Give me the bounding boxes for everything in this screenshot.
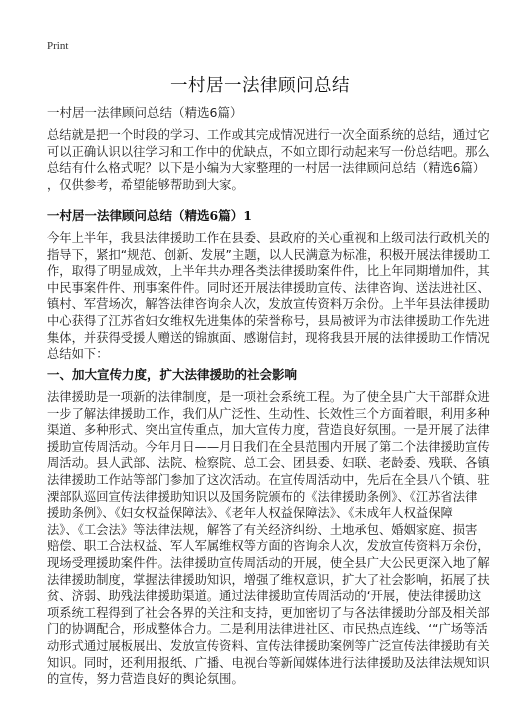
paragraph-line: 援助条例》、《妇女权益保障法》、《老年人权益保障法》、《未成年人权益保障 <box>47 505 475 522</box>
paragraph-line: 中心获得了江苏省妇女维权先进集体的荣誉称号，县局被评为市法律援助工作先进 <box>47 313 475 330</box>
paragraph-line: 贫、济弱、助残法律援助渠道。通过法律援助宣传周活动的‘开展，使法律援助这 <box>47 588 475 605</box>
paragraph-line: 今年上半年，我县法律援助工作在县委、县政府的关心重视和上级司法行政机关的 <box>47 230 475 247</box>
paragraph-line: 现场受理援助案件件。法律援助宣传周活动的开展，使全县广大公民更深入地了解 <box>47 555 475 572</box>
intro-line: 总结就是把一个时段的学习、工作或其完成情况进行一次全面系统的总结，通过它 <box>47 127 475 144</box>
paragraph-line: 法》、《工会法》等法律法规，解答了有关经济纠纷、土地承包、婚姻家庭、损害 <box>47 522 475 539</box>
document-subtitle: 一村居一法律顾问总结（精选6篇） <box>47 103 242 121</box>
paragraph-2: 法律援助是一项新的法律制度，是一项社会系统工程。为了使全县广大干部群众进 一步了… <box>47 389 475 688</box>
paragraph-line: 动形式通过展板展出、发放宣传资料、宣传法律援助案例等广泛宣传法律援助有关 <box>47 638 475 655</box>
paragraph-line: 总结如下： <box>47 346 475 363</box>
intro-line: ，仅供参考，希望能够帮助到大家。 <box>47 177 475 194</box>
paragraph-line: 镇村、军营场次，解答法律咨询余人次，发放宣传资料万余份。上半年县法律援助 <box>47 296 475 313</box>
intro-paragraph: 总结就是把一个时段的学习、工作或其完成情况进行一次全面系统的总结，通过它 可以正… <box>47 127 475 193</box>
paragraph-line: 指导下，紧扣“规范、创新、发展”主题，以人民满意为标准，积极开展法律援助工 <box>47 247 475 264</box>
paragraph-line: 的宣传，努力营造良好的舆论氛围。 <box>47 671 475 688</box>
section-heading: 一村居一法律顾问总结（精选6篇）1 <box>47 206 252 224</box>
print-label: Print <box>47 40 68 52</box>
paragraph-line: 渠道、多种形式、突出宣传重点，加大宣传力度，营造良好氛围。一是开展了法律 <box>47 422 475 439</box>
paragraph-line: 法律援助制度，掌握法律援助知识，增强了维权意识，扩大了社会影响，拓展了扶 <box>47 572 475 589</box>
sub-heading: 一、加大宣传力度，扩大法律援助的社会影响 <box>47 365 297 383</box>
paragraph-line: 作，取得了明显成效，上半年共办理各类法律援助案件件，比上年同期增加件，其 <box>47 263 475 280</box>
paragraph-line: 中民事案件件、刑事案件件。同时还开展法律援助宣传、法律咨询、送法进社区、 <box>47 280 475 297</box>
paragraph-line: 项系统工程得到了社会各界的关注和支持，更加密切了与各法律援助分部及相关部 <box>47 605 475 622</box>
document-title: 一村居一法律顾问总结 <box>0 72 520 97</box>
paragraph-line: 溧部队巡回宣传法律援助知识以及国务院颁布的《法律援助条例》、《江苏省法律 <box>47 489 475 506</box>
paragraph-line: 知识。同时，还利用报纸、广播、电视台等新闻媒体进行法律援助及法律法规知识 <box>47 655 475 672</box>
paragraph-line: 援助宣传周活动。今年月日——月日我们在全县范围内开展了第二个法律援助宣传 <box>47 439 475 456</box>
intro-line: 总结有什么格式呢？以下是小编为大家整理的一村居一法律顾问总结（精选6篇） <box>47 160 475 177</box>
paragraph-1: 今年上半年，我县法律援助工作在县委、县政府的关心重视和上级司法行政机关的 指导下… <box>47 230 475 363</box>
paragraph-line: 赔偿、职工合法权益、军人军属维权等方面的咨询余人次，发放宣传资料万余份， <box>47 538 475 555</box>
paragraph-line: 法律援助工作站等部门参加了这次活动。在宣传周活动中，先后在全县八个镇、驻 <box>47 472 475 489</box>
paragraph-line: 门的协调配合，形成整体合力。二是利用法律进社区、市民热点连线、‘“广场等活 <box>47 621 475 638</box>
paragraph-line: 法律援助是一项新的法律制度，是一项社会系统工程。为了使全县广大干部群众进 <box>47 389 475 406</box>
paragraph-line: 集体，并获得受援人赠送的锦旗面、感谢信封，现将我县开展的法律援助工作情况 <box>47 330 475 347</box>
intro-line: 可以正确认识以往学习和工作中的优缺点，不如立即行动起来写一份总结吧。那么 <box>47 144 475 161</box>
paragraph-line: 一步了解法律援助工作，我们从广泛性、生动性、长效性三个方面着眼，利用多种 <box>47 406 475 423</box>
paragraph-line: 周活动。县人武部、法院、检察院、总工会、团县委、妇联、老龄委、残联、各镇 <box>47 455 475 472</box>
